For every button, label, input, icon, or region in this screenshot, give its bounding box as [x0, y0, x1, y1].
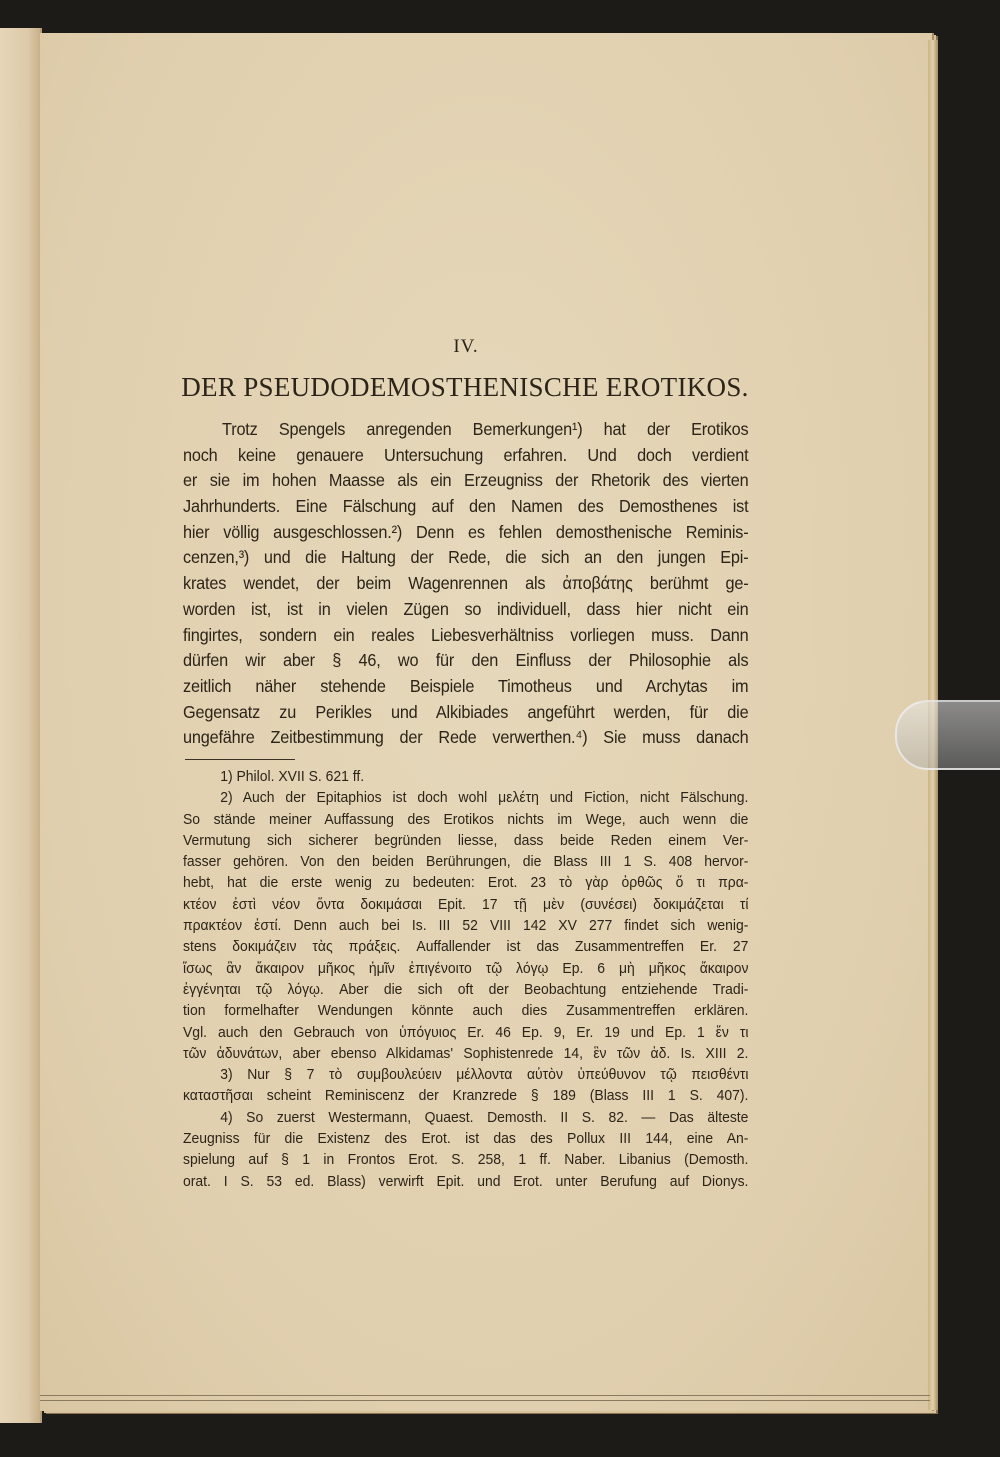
footnote-line: ἴσως ἂν ἄκαιρον μῆκος ἡμῖν ἐπιγένοιτο τῷ… — [183, 958, 748, 979]
footnote-line: 3) Nur § 7 τὸ συμβουλεύειν μέλλοντα αὐτὸ… — [183, 1064, 748, 1085]
footnote-line: hebt, hat die erste wenig zu bedeuten: E… — [183, 872, 748, 893]
footnote-line: ἐγγένηται τῷ λόγῳ. Aber die sich oft der… — [183, 979, 748, 1000]
body-line: fingirtes, sondern ein reales Liebesverh… — [183, 623, 748, 649]
plastic-clip — [895, 700, 1000, 770]
footnote-line: spielung auf § 1 in Frontos Erot. S. 258… — [183, 1149, 748, 1170]
chapter-number: IV. — [183, 336, 749, 368]
footnote-line: 4) So zuerst Westermann, Quaest. Demosth… — [183, 1107, 748, 1128]
footnote-divider — [185, 759, 295, 760]
body-line: Gegensatz zu Perikles und Alkibiades ang… — [183, 700, 748, 726]
footnote-line: Zeugniss für die Existenz des Erot. ist … — [183, 1128, 748, 1149]
footnote-line: fasser gehören. Von den beiden Berührung… — [183, 851, 748, 872]
body-line: Jahrhunderts. Eine Fälschung auf den Nam… — [183, 494, 748, 520]
body-line: dürfen wir aber § 46, wo für den Einflus… — [183, 648, 748, 674]
footnote-line: κτέον ἐστὶ νέον ὄντα δοκιμάσαι Epit. 17 … — [183, 894, 748, 915]
footnote-line: orat. I S. 53 ed. Blass) verwirft Epit. … — [183, 1171, 748, 1192]
facing-page-edge — [0, 28, 42, 1423]
footnote-line: τῶν ἀδυνάτων, aber ebenso Alkidamas' Sop… — [183, 1043, 748, 1064]
footnote-line: 1) Philol. XVII S. 621 ff. — [183, 766, 748, 787]
chapter-title: DER PSEUDODEMOSTHENISCHE EROTIKOS. — [175, 372, 755, 403]
body-line: worden ist, ist in vielen Zügen so indiv… — [183, 597, 748, 623]
footnotes: 1) Philol. XVII S. 621 ff. 2) Auch der E… — [183, 766, 749, 1192]
footnote-line: 2) Auch der Epitaphios ist doch wohl μελ… — [183, 787, 748, 808]
footnote-line: καταστῆσαι scheint Reminiscenz der Kranz… — [183, 1085, 748, 1106]
footnote-line: tion formelhafter Wendungen könnte auch … — [183, 1000, 748, 1021]
body-line: ungefähre Zeitbestimmung der Rede verwer… — [183, 725, 748, 751]
footnote-line: πρακτέον ἐστί. Denn auch bei Is. III 52 … — [183, 915, 748, 936]
footnote-line: Vgl. auch den Gebrauch von ὑπόγυιος Er. … — [183, 1022, 748, 1043]
body-line: hier völlig ausgeschlossen.²) Denn es fe… — [183, 520, 748, 546]
body-line: noch keine genauere Untersuchung erfahre… — [183, 443, 748, 469]
footnote-line: Vermutung sich sicherer begründen liesse… — [183, 830, 748, 851]
body-text: Trotz Spengels anregenden Bemerkungen¹) … — [183, 417, 749, 751]
body-line: er sie im hohen Maasse als ein Erzeugnis… — [183, 468, 748, 494]
footnote-line: stens δοκιμάζειν τὰς πράξεις. Auffallend… — [183, 936, 748, 957]
page-content: IV. DER PSEUDODEMOSTHENISCHE EROTIKOS. T… — [183, 330, 749, 1192]
footnote-line: So stände meiner Auffassung des Erotikos… — [183, 809, 748, 830]
body-line: krates wendet, der beim Wagenrennen als … — [183, 571, 748, 597]
body-line: Trotz Spengels anregenden Bemerkungen¹) … — [183, 417, 748, 443]
page-fold-line — [40, 1395, 930, 1401]
body-line: zeitlich näher stehende Beispiele Timoth… — [183, 674, 748, 700]
body-line: cenzen,³) und die Haltung der Rede, die … — [183, 545, 748, 571]
